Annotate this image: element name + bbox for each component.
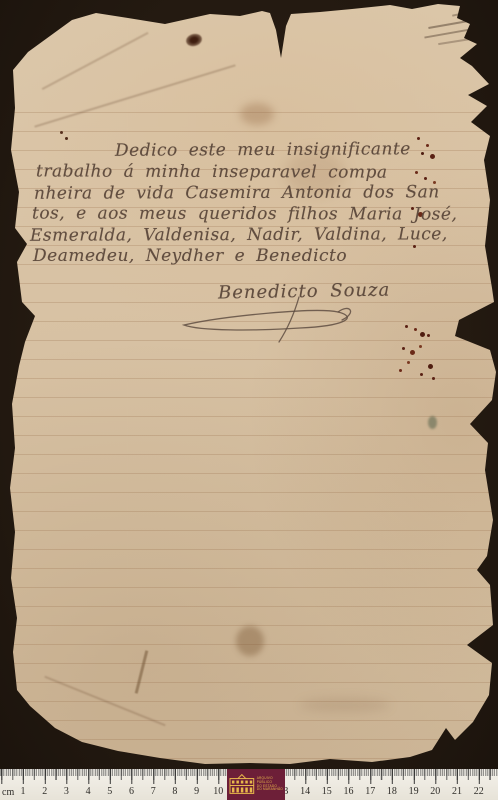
ruler-number: 9	[189, 786, 205, 797]
ruler-number: 18	[384, 786, 400, 797]
ruler-number: 10	[210, 786, 226, 797]
pencil-scribble	[452, 9, 478, 16]
pencil-scribble	[438, 37, 478, 45]
ruler-number: 17	[362, 786, 378, 797]
ruler-number: 5	[102, 786, 118, 797]
manuscript-line: trabalho á minha inseparavel compa	[36, 161, 388, 182]
archive-logo-badge: ARQUIVO PÚBLICO DO ESTADO DO MARANHÃO	[227, 769, 285, 800]
ruler-number: 3	[58, 786, 74, 797]
ruler-number: 19	[406, 786, 422, 797]
ink-specks	[35, 8, 38, 11]
ruler-number: 7	[145, 786, 161, 797]
ruler-number: 1	[15, 786, 31, 797]
archive-building-icon	[229, 774, 255, 795]
ruler-number: 2	[37, 786, 53, 797]
logo-text-line: DO MARANHÃO	[257, 788, 283, 792]
ink-spatter	[417, 137, 420, 140]
manuscript-line: nheira de vida Casemira Antonia dos San	[34, 182, 440, 203]
manuscript-page: Dedico este meu insignificante trabalho …	[0, 0, 498, 800]
ruler-number: 4	[80, 786, 96, 797]
ruler-number: 14	[297, 786, 313, 797]
ruler-number: 21	[449, 786, 465, 797]
ink-blot-stain	[185, 32, 204, 48]
pencil-scribble	[428, 17, 485, 29]
ruler-number: 16	[341, 786, 357, 797]
manuscript-line: tos, e aos meus queridos filhos Maria Jo…	[32, 203, 457, 224]
ruler-number: 20	[427, 786, 443, 797]
ruler-number: 15	[319, 786, 335, 797]
pencil-scribble	[424, 25, 487, 38]
ruler-number: 22	[471, 786, 487, 797]
crease-line	[42, 32, 149, 90]
manuscript-line: Dedico este meu insignificante	[115, 139, 411, 161]
signature-flourish	[178, 296, 373, 344]
ruler-number: 6	[124, 786, 140, 797]
manuscript-line: Deamedeu, Neydher e Benedicto	[33, 246, 347, 266]
archive-logo-text: ARQUIVO PÚBLICO DO ESTADO DO MARANHÃO	[257, 777, 283, 792]
ruler-number: 8	[167, 786, 183, 797]
scanned-manuscript-photo: Dedico este meu insignificante trabalho …	[0, 0, 498, 800]
manuscript-line: Esmeralda, Valdenisa, Nadir, Valdina, Lu…	[30, 224, 448, 245]
ink-spatter	[405, 325, 408, 328]
